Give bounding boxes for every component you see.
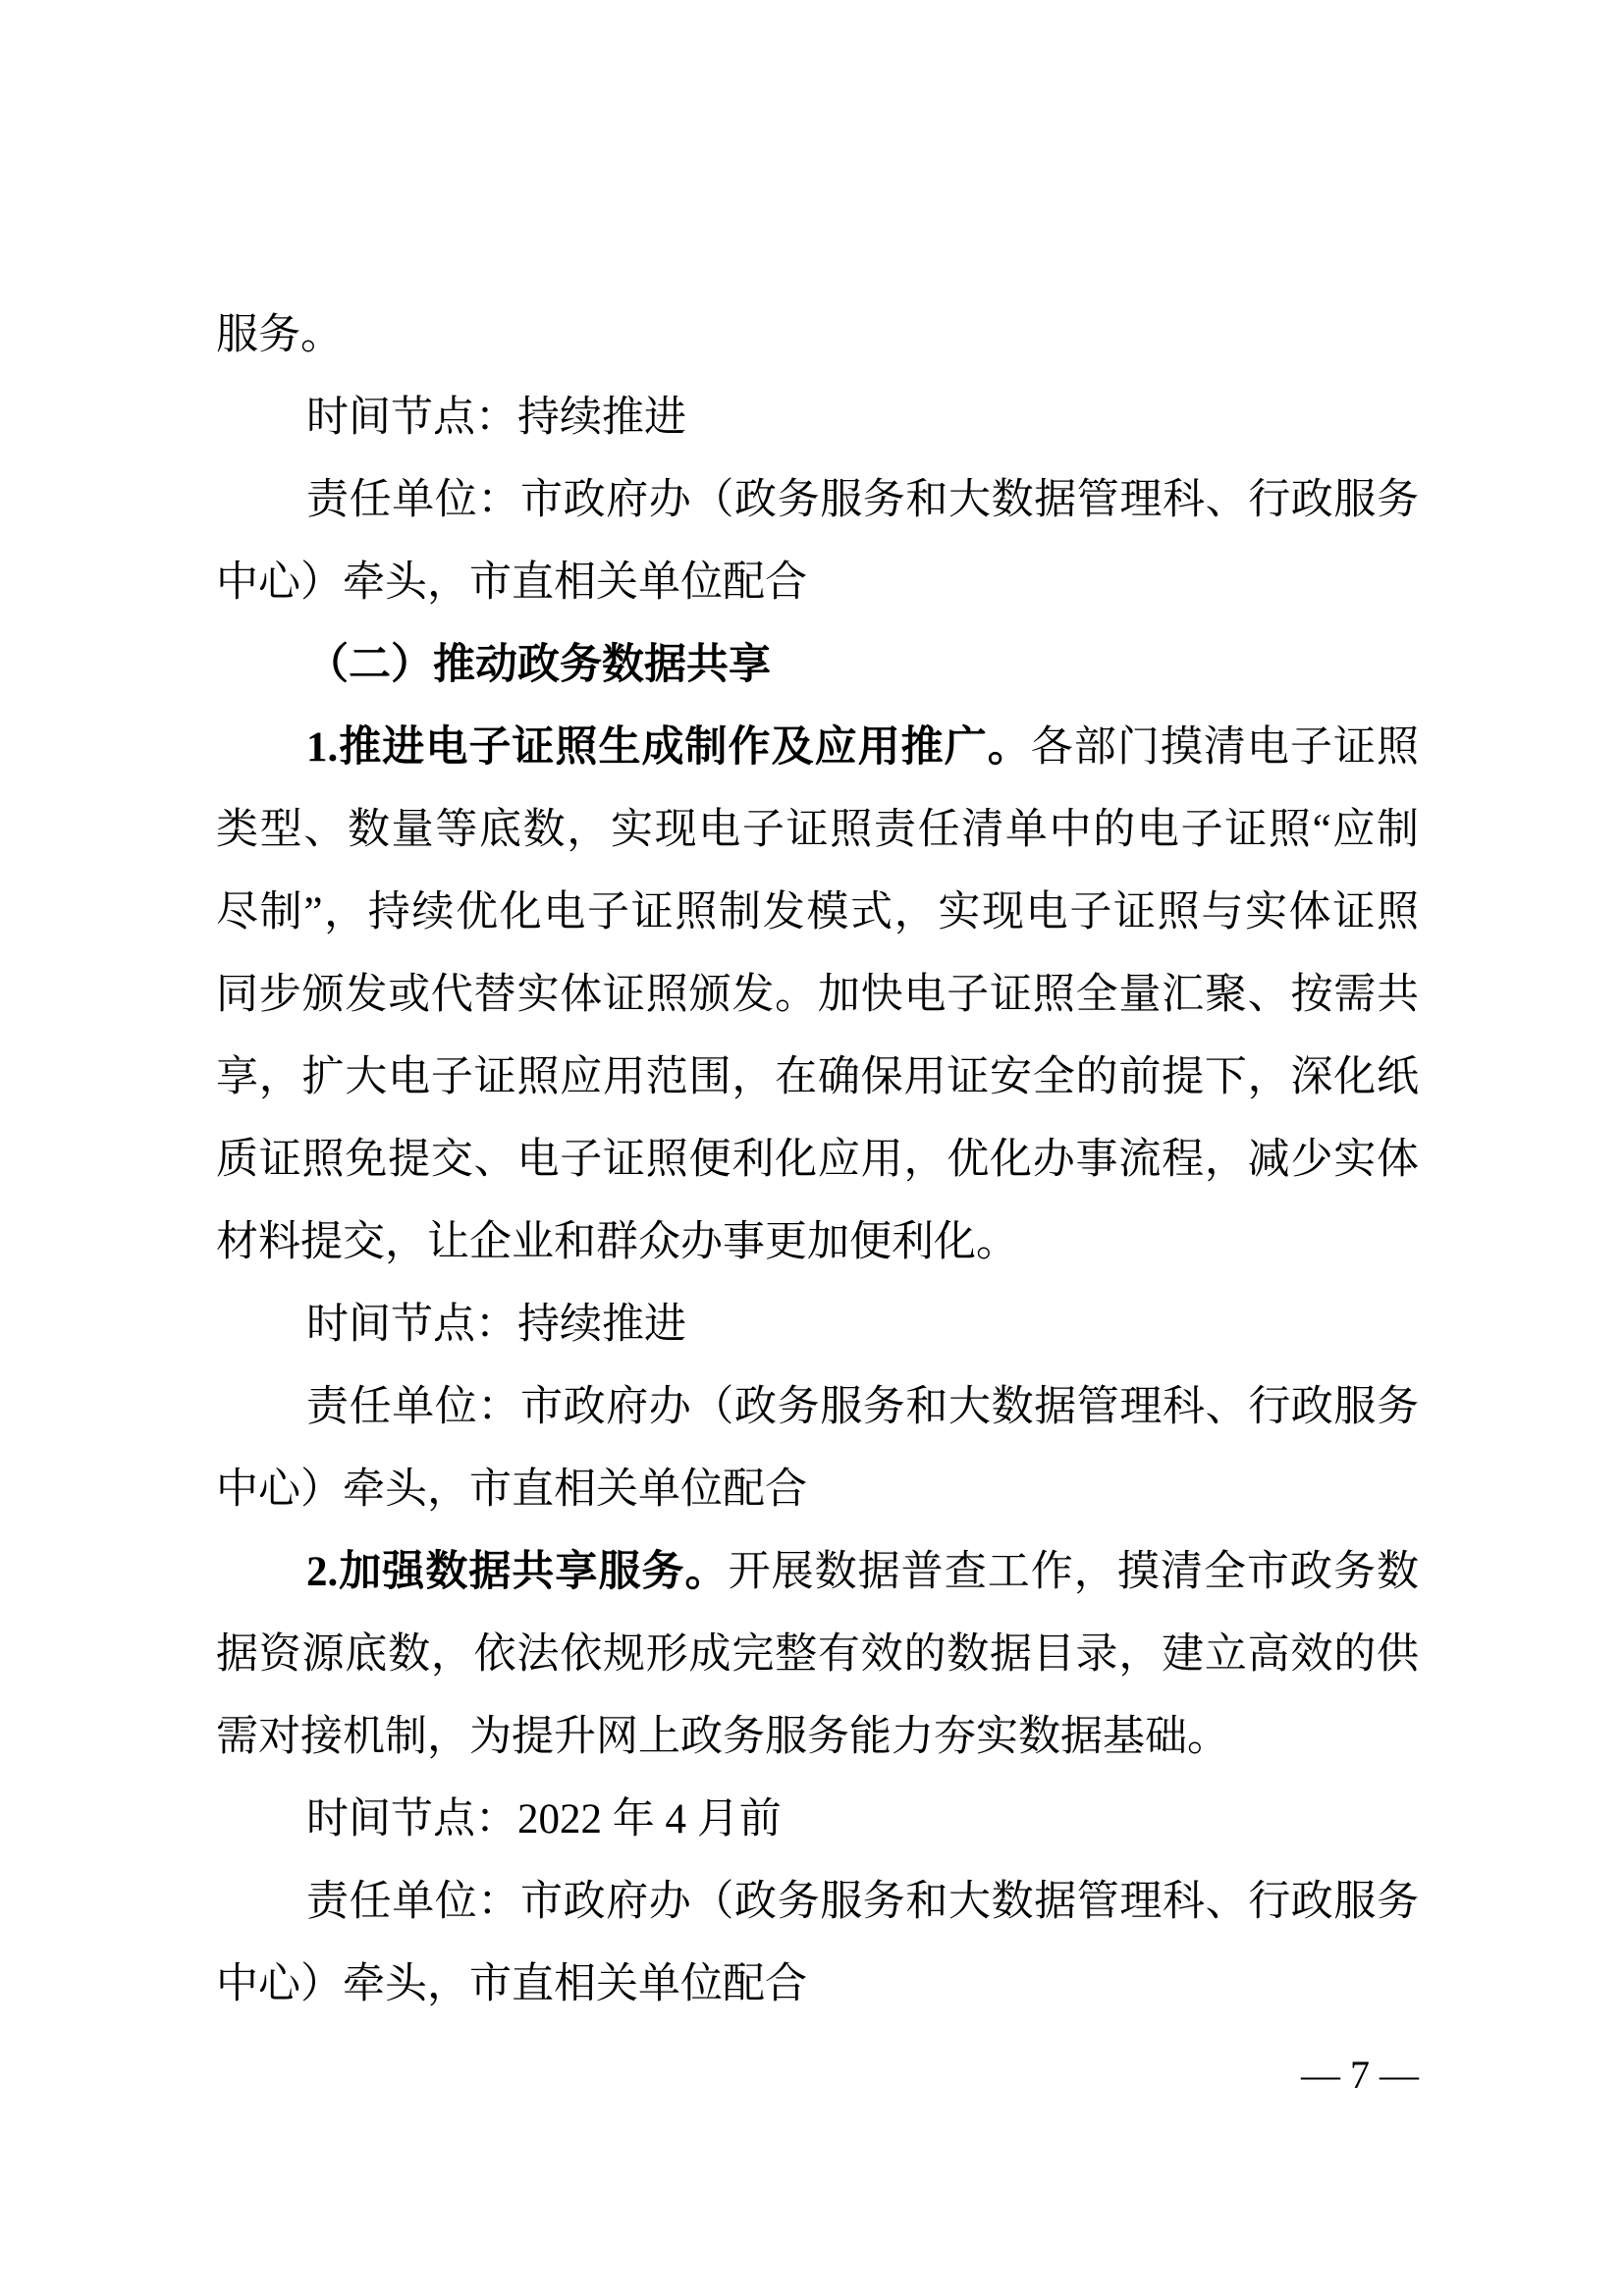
text-run: 时间节点：持续推进	[306, 1302, 686, 1348]
text-run: 责任单位：市政府办（政务服务和大数据管理科、行政服务	[306, 1879, 1419, 1925]
text-run: 服务。	[216, 312, 343, 358]
text-run: 中心）牵头，市直相关单位配合	[216, 560, 807, 606]
document-lines: 服务。时间节点：持续推进责任单位：市政府办（政务服务和大数据管理科、行政服务中心…	[216, 294, 1419, 2026]
text-line: 质证照免提交、电子证照便利化应用，优化办事流程，减少实体	[216, 1119, 1419, 1201]
text-line: 服务。	[216, 294, 1419, 377]
text-line: 中心）牵头，市直相关单位配合	[216, 1449, 1419, 1531]
text-run: 各部门摸清电子证照	[1031, 724, 1419, 771]
text-line: 中心）牵头，市直相关单位配合	[216, 542, 1419, 624]
text-line: 2.加强数据共享服务。开展数据普查工作，摸清全市政务数	[216, 1531, 1419, 1614]
text-run-bold: 2.加强数据共享服务。	[306, 1549, 729, 1595]
text-run: 中心）牵头，市直相关单位配合	[216, 1467, 807, 1513]
text-run: 责任单位：市政府办（政务服务和大数据管理科、行政服务	[306, 1384, 1419, 1430]
text-run: 责任单位：市政府办（政务服务和大数据管理科、行政服务	[306, 477, 1419, 523]
text-line: 需对接机制，为提升网上政务服务能力夯实数据基础。	[216, 1696, 1419, 1779]
text-run: 开展数据普查工作，摸清全市政务数	[729, 1549, 1419, 1595]
text-run: 享，扩大电子证照应用范围，在确保用证安全的前提下，深化纸	[216, 1054, 1419, 1100]
text-line: 同步颁发或代替实体证照颁发。加快电子证照全量汇聚、按需共	[216, 954, 1419, 1037]
text-line: 时间节点：2022 年 4 月前	[216, 1779, 1419, 1861]
text-line: 材料提交，让企业和群众办事更加便利化。	[216, 1201, 1419, 1284]
text-line: （二）推动政务数据共享	[216, 624, 1419, 707]
text-line: 时间节点：持续推进	[216, 377, 1419, 459]
text-run: 同步颁发或代替实体证照颁发。加快电子证照全量汇聚、按需共	[216, 972, 1419, 1018]
text-line: 时间节点：持续推进	[216, 1284, 1419, 1366]
text-line: 责任单位：市政府办（政务服务和大数据管理科、行政服务	[216, 459, 1419, 542]
text-line: 责任单位：市政府办（政务服务和大数据管理科、行政服务	[216, 1366, 1419, 1449]
text-run: 需对接机制，为提升网上政务服务能力夯实数据基础。	[216, 1714, 1229, 1760]
text-run: 类型、数量等底数，实现电子证照责任清单中的电子证照“应制	[216, 807, 1419, 853]
text-line: 责任单位：市政府办（政务服务和大数据管理科、行政服务	[216, 1861, 1419, 1944]
page-number: — 7 —	[216, 2050, 1419, 2101]
text-run: 时间节点：2022 年 4 月前	[306, 1796, 782, 1842]
text-line: 类型、数量等底数，实现电子证照责任清单中的电子证照“应制	[216, 789, 1419, 872]
text-run: 尽制”，持续优化电子证照制发模式，实现电子证照与实体证照	[216, 889, 1419, 935]
text-line: 享，扩大电子证照应用范围，在确保用证安全的前提下，深化纸	[216, 1037, 1419, 1119]
text-run: 时间节点：持续推进	[306, 395, 686, 441]
text-run: 据资源底数，依法依规形成完整有效的数据目录，建立高效的供	[216, 1631, 1419, 1678]
text-run-bold: 1.推进电子证照生成制作及应用推广。	[306, 724, 1031, 771]
text-run: 材料提交，让企业和群众办事更加便利化。	[216, 1219, 1018, 1265]
text-line: 据资源底数，依法依规形成完整有效的数据目录，建立高效的供	[216, 1614, 1419, 1696]
text-line: 1.推进电子证照生成制作及应用推广。各部门摸清电子证照	[216, 707, 1419, 789]
text-run: 质证照免提交、电子证照便利化应用，优化办事流程，减少实体	[216, 1137, 1419, 1183]
text-run-bold: （二）推动政务数据共享	[306, 642, 771, 688]
text-run: 中心）牵头，市直相关单位配合	[216, 1961, 807, 2007]
page: 服务。时间节点：持续推进责任单位：市政府办（政务服务和大数据管理科、行政服务中心…	[0, 0, 1624, 2296]
text-line: 中心）牵头，市直相关单位配合	[216, 1944, 1419, 2026]
text-line: 尽制”，持续优化电子证照制发模式，实现电子证照与实体证照	[216, 872, 1419, 954]
